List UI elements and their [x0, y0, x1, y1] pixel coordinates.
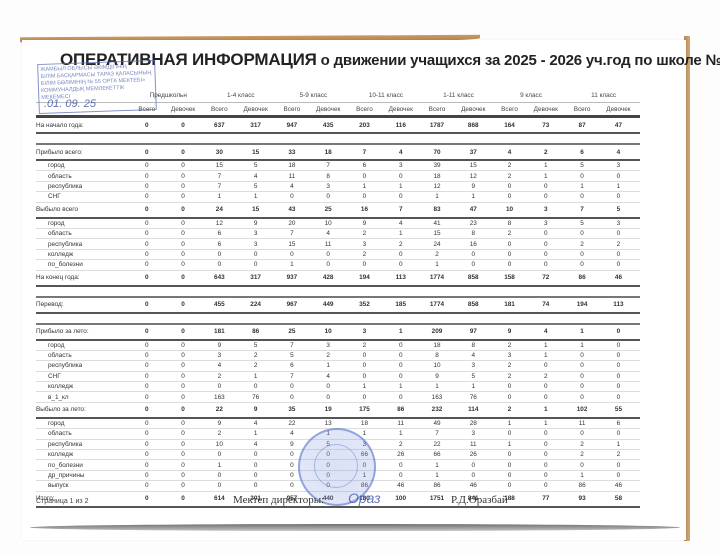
- table-row: республика004261001032000: [36, 361, 640, 371]
- table-cell: 11: [379, 418, 422, 429]
- table-cell: 0: [350, 350, 380, 360]
- table-cell: 1774: [422, 297, 452, 313]
- table-cell: 47: [597, 117, 640, 134]
- table-cell: 1: [495, 418, 525, 429]
- table-cell: 0: [597, 371, 640, 381]
- table-cell: 317: [234, 117, 277, 134]
- table-cell: 18: [350, 418, 380, 429]
- table-cell: 0: [379, 192, 422, 202]
- table-cell: 0: [350, 192, 380, 202]
- table-cell: 0: [132, 481, 162, 491]
- table-cell: 28: [452, 418, 495, 429]
- table-cell: 0: [132, 382, 162, 392]
- table-cell: 26: [379, 450, 422, 460]
- table-cell: 2: [495, 371, 525, 381]
- table-row: СНГ00217400952200: [36, 371, 640, 381]
- column-group-header: 1-11 класс: [422, 88, 495, 103]
- page-bottom-shadow: [30, 524, 680, 531]
- table-cell: 46: [597, 481, 640, 491]
- table-cell: 1: [350, 382, 380, 392]
- table-cell: 41: [422, 218, 452, 229]
- table-cell: 0: [234, 460, 277, 470]
- table-cell: 0: [524, 192, 567, 202]
- table-row: область006374211582000: [36, 228, 640, 238]
- table-cell: 1: [452, 382, 495, 392]
- table-cell: 194: [350, 270, 380, 286]
- table-cell: 0: [379, 350, 422, 360]
- table-row-main: Перевод:00455224967449352185177485818174…: [36, 297, 640, 313]
- column-sub-header: Всего: [277, 103, 307, 117]
- spacer-cell: [36, 133, 640, 144]
- table-cell: 0: [495, 470, 525, 480]
- table-cell: 158: [495, 270, 525, 286]
- table-cell: 46: [597, 270, 640, 286]
- table-cell: 86: [567, 481, 597, 491]
- table-cell: 0: [567, 228, 597, 238]
- row-label: город: [36, 218, 132, 229]
- table-cell: 0: [567, 249, 597, 259]
- table-cell: 20: [277, 218, 307, 229]
- table-cell: 10: [495, 202, 525, 218]
- spacer-row: [36, 286, 640, 297]
- table-cell: 9: [234, 402, 277, 418]
- table-cell: 4: [307, 371, 350, 381]
- table-cell: 0: [379, 171, 422, 181]
- table-cell: 0: [379, 249, 422, 259]
- table-row-main: Выбыло за лето:0022935191758623211421102…: [36, 402, 640, 418]
- table-cell: 1: [524, 402, 567, 418]
- table-cell: 0: [567, 171, 597, 181]
- table-cell: 858: [452, 270, 495, 286]
- table-cell: 43: [277, 202, 307, 218]
- table-cell: 0: [524, 249, 567, 259]
- table-cell: 0: [162, 202, 205, 218]
- table-cell: 0: [162, 350, 205, 360]
- table-cell: 22: [205, 402, 235, 418]
- table-cell: 3: [234, 228, 277, 238]
- table-cell: 12: [452, 171, 495, 181]
- table-cell: 15: [234, 144, 277, 160]
- table-cell: 0: [567, 429, 597, 439]
- table-cell: 10: [307, 324, 350, 340]
- table-cell: 0: [162, 429, 205, 439]
- table-cell: 37: [452, 144, 495, 160]
- column-sub-header: Девочек: [379, 103, 422, 117]
- table-cell: 0: [350, 260, 380, 270]
- table-cell: 0: [234, 382, 277, 392]
- table-cell: 0: [307, 392, 350, 402]
- table-cell: 0: [452, 460, 495, 470]
- table-cell: 0: [132, 249, 162, 259]
- table-cell: 0: [132, 361, 162, 371]
- table-cell: 2: [495, 402, 525, 418]
- table-row: республика007543111290011: [36, 181, 640, 191]
- table-cell: 0: [132, 402, 162, 418]
- table-cell: 4: [379, 144, 422, 160]
- table-cell: 76: [452, 392, 495, 402]
- table-cell: 15: [452, 160, 495, 171]
- table-cell: 181: [205, 324, 235, 340]
- table-cell: 0: [597, 340, 640, 351]
- table-cell: 0: [597, 324, 640, 340]
- table-cell: 1: [495, 439, 525, 449]
- table-cell: 1: [205, 460, 235, 470]
- row-label: республика: [36, 239, 132, 249]
- table-cell: 0: [524, 260, 567, 270]
- row-label: др_причины: [36, 470, 132, 480]
- table-cell: 0: [597, 249, 640, 259]
- table-cell: 19: [307, 402, 350, 418]
- table-cell: 0: [205, 260, 235, 270]
- table-cell: 0: [307, 382, 350, 392]
- table-cell: 5: [234, 181, 277, 191]
- table-cell: 7: [422, 429, 452, 439]
- table-cell: 0: [162, 144, 205, 160]
- row-label: колледж: [36, 450, 132, 460]
- table-cell: 2: [495, 160, 525, 171]
- table-cell: 0: [132, 181, 162, 191]
- column-sub-header: Всего: [567, 103, 597, 117]
- spacer-row: [36, 313, 640, 324]
- table-cell: 0: [162, 470, 205, 480]
- table-cell: 0: [452, 470, 495, 480]
- table-cell: 4: [597, 144, 640, 160]
- table-cell: 33: [277, 144, 307, 160]
- column-group-header: 11 класс: [567, 88, 640, 103]
- table-cell: 9: [422, 371, 452, 381]
- table-cell: 0: [162, 260, 205, 270]
- table-cell: 2: [524, 371, 567, 381]
- table-cell: 0: [162, 450, 205, 460]
- table-cell: 7: [379, 202, 422, 218]
- row-label: город: [36, 418, 132, 429]
- column-sub-header: Девочек: [162, 103, 205, 117]
- row-label: по_болезни: [36, 260, 132, 270]
- table-cell: 49: [422, 418, 452, 429]
- table-cell: 181: [495, 297, 525, 313]
- table-cell: 0: [495, 382, 525, 392]
- table-cell: 947: [277, 117, 307, 134]
- table-cell: 0: [379, 340, 422, 351]
- table-cell: 0: [495, 249, 525, 259]
- table-cell: 4: [277, 429, 307, 439]
- table-row-main: Выбыло всего0024154325167834710375: [36, 202, 640, 218]
- table-cell: 209: [422, 324, 452, 340]
- table-cell: 2: [567, 439, 597, 449]
- table-row-main: На начало года:0063731794743520311617878…: [36, 117, 640, 134]
- table-cell: 0: [524, 481, 567, 491]
- table-cell: 0: [567, 392, 597, 402]
- table-cell: 22: [422, 439, 452, 449]
- table-cell: 10: [307, 218, 350, 229]
- table-cell: 2: [422, 249, 452, 259]
- table-cell: 9: [495, 324, 525, 340]
- table-cell: 9: [452, 181, 495, 191]
- table-cell: 1: [567, 324, 597, 340]
- table-cell: 5: [234, 160, 277, 171]
- table-cell: 0: [205, 470, 235, 480]
- table-cell: 2: [495, 171, 525, 181]
- table-cell: 5: [452, 371, 495, 381]
- row-label: область: [36, 228, 132, 238]
- table-cell: 164: [495, 117, 525, 134]
- table-cell: 0: [132, 160, 162, 171]
- table-cell: 4: [234, 171, 277, 181]
- table-cell: 0: [132, 260, 162, 270]
- table-cell: 0: [495, 429, 525, 439]
- table-cell: 0: [524, 361, 567, 371]
- page-number: Страница 1 из 2: [36, 498, 88, 505]
- table-cell: 3: [350, 324, 380, 340]
- table-cell: 637: [205, 117, 235, 134]
- table-cell: 3: [234, 239, 277, 249]
- row-label: город: [36, 340, 132, 351]
- row-label: Выбыло за лето:: [36, 402, 132, 418]
- table-cell: 1: [524, 340, 567, 351]
- table-cell: 3: [205, 350, 235, 360]
- table-cell: 0: [277, 392, 307, 402]
- table-cell: 55: [597, 402, 640, 418]
- table-cell: 0: [567, 382, 597, 392]
- table-cell: 435: [307, 117, 350, 134]
- row-label: город: [36, 160, 132, 171]
- table-cell: 0: [524, 228, 567, 238]
- table-cell: 116: [379, 117, 422, 134]
- table-cell: 0: [205, 249, 235, 259]
- spacer-row: [36, 133, 640, 144]
- table-cell: 77: [524, 491, 567, 507]
- table-cell: 0: [132, 297, 162, 313]
- table-cell: 0: [162, 371, 205, 381]
- table-cell: 428: [307, 270, 350, 286]
- table-cell: 86: [234, 324, 277, 340]
- column-group-header: 9 класс: [495, 88, 568, 103]
- table-cell: 0: [162, 160, 205, 171]
- table-cell: 0: [205, 382, 235, 392]
- table-cell: 1: [379, 228, 422, 238]
- table-cell: 1: [422, 192, 452, 202]
- table-cell: 86: [422, 481, 452, 491]
- table-cell: 0: [277, 192, 307, 202]
- table-cell: 7: [567, 202, 597, 218]
- table-cell: 1: [277, 260, 307, 270]
- table-cell: 2: [495, 361, 525, 371]
- table-cell: 1: [597, 181, 640, 191]
- table-cell: 0: [132, 239, 162, 249]
- table-cell: 4: [205, 361, 235, 371]
- table-cell: 114: [452, 402, 495, 418]
- table-cell: 0: [162, 249, 205, 259]
- table-cell: 0: [567, 371, 597, 381]
- table-cell: 0: [567, 192, 597, 202]
- column-sub-header: Всего: [205, 103, 235, 117]
- table-cell: 0: [495, 181, 525, 191]
- column-group-header: 10-11 класс: [350, 88, 423, 103]
- table-cell: 0: [597, 392, 640, 402]
- row-label: область: [36, 350, 132, 360]
- table-cell: 0: [495, 460, 525, 470]
- table-cell: 0: [597, 382, 640, 392]
- table-cell: 0: [162, 382, 205, 392]
- table-cell: 16: [452, 239, 495, 249]
- table-cell: 2: [524, 144, 567, 160]
- table-cell: 73: [524, 117, 567, 134]
- table-cell: 2: [597, 450, 640, 460]
- table-cell: 100: [379, 491, 422, 507]
- table-cell: 0: [452, 249, 495, 259]
- table-cell: 0: [495, 392, 525, 402]
- table-cell: 1: [205, 192, 235, 202]
- row-label: республика: [36, 361, 132, 371]
- table-row-main: На конец года:00643317937428194113177485…: [36, 270, 640, 286]
- table-row: по_болезни00001000100000: [36, 260, 640, 270]
- table-cell: 163: [422, 392, 452, 402]
- table-cell: 1: [422, 470, 452, 480]
- table-cell: 0: [495, 481, 525, 491]
- table-cell: 0: [307, 260, 350, 270]
- table-cell: 18: [307, 144, 350, 160]
- table-cell: 0: [162, 340, 205, 351]
- table-cell: 0: [597, 460, 640, 470]
- table-cell: 25: [307, 202, 350, 218]
- table-cell: 967: [277, 297, 307, 313]
- table-cell: 86: [379, 402, 422, 418]
- table-cell: 232: [422, 402, 452, 418]
- column-sub-header: Девочек: [307, 103, 350, 117]
- table-cell: 0: [524, 429, 567, 439]
- table-cell: 2: [350, 228, 380, 238]
- table-cell: 2: [567, 239, 597, 249]
- table-cell: 0: [277, 382, 307, 392]
- table-cell: 6: [277, 361, 307, 371]
- table-cell: 868: [452, 117, 495, 134]
- table-cell: 0: [132, 324, 162, 340]
- column-sub-header: Девочек: [597, 103, 640, 117]
- table-cell: 0: [162, 117, 205, 134]
- row-label: Прибыло всего:: [36, 144, 132, 160]
- column-sub-header: Всего: [350, 103, 380, 117]
- table-cell: 1: [567, 340, 597, 351]
- table-cell: 15: [234, 202, 277, 218]
- table-cell: 0: [567, 460, 597, 470]
- table-cell: 1: [234, 371, 277, 381]
- table-cell: 1: [524, 418, 567, 429]
- table-cell: 24: [205, 202, 235, 218]
- table-cell: 1: [234, 429, 277, 439]
- table-cell: 0: [597, 429, 640, 439]
- table-cell: 2: [234, 361, 277, 371]
- table-cell: 18: [277, 160, 307, 171]
- table-cell: 1: [422, 260, 452, 270]
- table-cell: 1: [379, 429, 422, 439]
- table-cell: 5: [234, 340, 277, 351]
- table-cell: 6: [597, 418, 640, 429]
- table-cell: 8: [307, 171, 350, 181]
- table-cell: 4: [495, 144, 525, 160]
- table-cell: 1: [524, 171, 567, 181]
- table-cell: 7: [277, 340, 307, 351]
- table-cell: 0: [162, 192, 205, 202]
- table-cell: 0: [162, 460, 205, 470]
- table-cell: 72: [524, 270, 567, 286]
- table-cell: 0: [567, 350, 597, 360]
- director-label: Мектеп директоры:: [233, 494, 324, 506]
- table-cell: 13: [307, 418, 350, 429]
- table-cell: 18: [422, 171, 452, 181]
- table-cell: 0: [132, 470, 162, 480]
- table-cell: 2: [350, 249, 380, 259]
- table-cell: 3: [524, 218, 567, 229]
- row-label: СНГ: [36, 192, 132, 202]
- table-cell: 0: [132, 392, 162, 402]
- table-cell: 1: [379, 324, 422, 340]
- table-cell: 6: [205, 239, 235, 249]
- table-cell: 0: [132, 491, 162, 507]
- table-cell: 0: [597, 228, 640, 238]
- table-cell: 4: [277, 181, 307, 191]
- table-cell: 6: [205, 228, 235, 238]
- table-cell: 1: [307, 361, 350, 371]
- table-cell: 87: [567, 117, 597, 134]
- table-cell: 194: [567, 297, 597, 313]
- table-cell: 0: [379, 361, 422, 371]
- table-cell: 0: [379, 371, 422, 381]
- table-cell: 9: [205, 418, 235, 429]
- table-cell: 2: [205, 429, 235, 439]
- column-group-header: 5-9 класс: [277, 88, 350, 103]
- table-cell: 3: [452, 361, 495, 371]
- table-cell: 0: [132, 429, 162, 439]
- table-cell: 15: [205, 160, 235, 171]
- row-label: колледж: [36, 382, 132, 392]
- row-label: На конец года:: [36, 270, 132, 286]
- table-cell: 26: [452, 450, 495, 460]
- table-cell: 0: [524, 460, 567, 470]
- table-cell: 3: [524, 202, 567, 218]
- column-sub-header: Всего: [422, 103, 452, 117]
- row-label: область: [36, 429, 132, 439]
- table-cell: 11: [307, 239, 350, 249]
- table-cell: 5: [567, 218, 597, 229]
- table-cell: 1: [524, 350, 567, 360]
- table-cell: 1: [452, 192, 495, 202]
- table-cell: 93: [567, 491, 597, 507]
- table-row: колледж00000020200000: [36, 249, 640, 259]
- table-cell: 70: [422, 144, 452, 160]
- table-cell: 1: [597, 439, 640, 449]
- column-sub-header: Девочек: [452, 103, 495, 117]
- table-cell: 0: [132, 192, 162, 202]
- table-cell: 0: [567, 361, 597, 371]
- table-cell: 102: [567, 402, 597, 418]
- row-label: область: [36, 171, 132, 181]
- table-cell: 0: [307, 249, 350, 259]
- table-cell: 0: [162, 402, 205, 418]
- table-cell: 46: [452, 481, 495, 491]
- table-cell: 15: [277, 239, 307, 249]
- table-cell: 0: [162, 491, 205, 507]
- table-cell: 0: [205, 481, 235, 491]
- table-cell: 0: [234, 249, 277, 259]
- row-label: На начало года:: [36, 117, 132, 134]
- table-cell: 76: [234, 392, 277, 402]
- table-cell: 185: [379, 297, 422, 313]
- table-cell: 0: [524, 450, 567, 460]
- table-cell: 2: [350, 340, 380, 351]
- spacer-cell: [36, 286, 640, 297]
- row-label: колледж: [36, 249, 132, 259]
- table-cell: 8: [495, 218, 525, 229]
